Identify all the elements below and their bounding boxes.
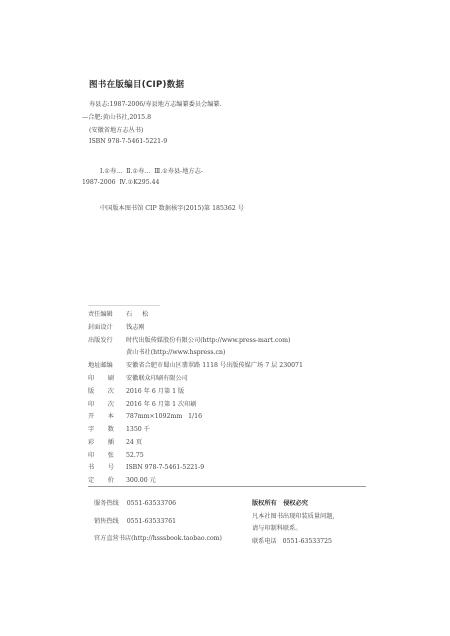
service-hotline: 服务热线0551-63533706 xyxy=(94,498,176,507)
copyright-heading: 版权所有 侵权必究 xyxy=(252,498,308,507)
cip-line: —合肥:黄山书社,2015.8 xyxy=(82,112,151,121)
credit-value: 52.75 xyxy=(126,452,144,459)
credit-value: 石 松 xyxy=(126,311,152,318)
sales-hotline: 销售热线0551-63533761 xyxy=(94,516,176,525)
credit-row: 责任编辑石 松 xyxy=(88,309,152,318)
credit-row: 版次2016 年 6 月第 1 版 xyxy=(88,386,184,395)
credit-label: 开本 xyxy=(88,411,114,420)
credit-value: 2016 年 6 月第 1 版 xyxy=(126,388,184,395)
copyright-line: 请与印制科联系。 xyxy=(252,523,302,532)
credit-label: 版次 xyxy=(88,386,114,395)
cip-line: 寿县志:1987-2006/寿县地方志编纂委员会编纂. xyxy=(89,99,222,108)
credit-value: 时代出版传媒股份有限公司(http://www.press-mart.com) xyxy=(126,337,290,344)
copyright-line: 凡本社图书出现印装质量问题, xyxy=(252,511,334,520)
credit-label: 责任编辑 xyxy=(88,309,126,318)
short-divider xyxy=(88,305,160,306)
service-hotline-value: 0551-63533706 xyxy=(127,500,176,507)
credit-row: 印次2016 年 6 月第 1 次印刷 xyxy=(88,399,197,408)
credit-row: 字数1350 千 xyxy=(88,424,150,433)
credit-label: 封面设计 xyxy=(88,322,126,331)
credit-value: 2016 年 6 月第 1 次印刷 xyxy=(126,401,197,408)
cip-line: (安徽省地方志丛书) xyxy=(89,125,143,134)
credit-label: 定价 xyxy=(88,475,114,484)
credit-value: 安徽联众印刷有限公司 xyxy=(126,375,188,382)
credit-row: 开本787mm×1092mm 1/16 xyxy=(88,411,202,420)
credit-row: 彩插24 页 xyxy=(88,437,142,446)
official-store: 官方直营书店(http://hsssbook.taobao.com) xyxy=(94,533,222,542)
cip-classification: 1987-2006 Ⅳ.①K295.44 xyxy=(82,179,160,186)
credit-label: 字数 xyxy=(88,424,114,433)
contact-phone: 联系电话 0551-63533725 xyxy=(252,536,332,545)
credit-label: 印次 xyxy=(88,399,114,408)
credit-label: 印张 xyxy=(88,450,114,459)
credit-value: 300.00 元 xyxy=(126,477,156,484)
credit-row: 印刷安徽联众印刷有限公司 xyxy=(88,373,188,382)
credit-value: 24 页 xyxy=(126,439,142,446)
credit-value: 787mm×1092mm 1/16 xyxy=(126,413,202,420)
credit-row: 书号ISBN 978-7-5461-5221-9 xyxy=(88,462,204,471)
credit-row: 出版发行时代出版传媒股份有限公司(http://www.press-mart.c… xyxy=(88,335,290,344)
credit-label: 出版发行 xyxy=(88,335,126,344)
credit-value: 钱志刚 xyxy=(126,324,145,331)
credit-value: 1350 千 xyxy=(126,426,150,433)
credit-value: 安徽省合肥市蜀山区翡翠路 1118 号出版传媒广场 7 层 230071 xyxy=(126,362,303,369)
footer-divider xyxy=(88,486,366,487)
sales-hotline-value: 0551-63533761 xyxy=(127,518,176,525)
cip-classification: Ⅰ.①寿… Ⅱ.①寿… Ⅲ.①寿县-地方志- xyxy=(100,166,203,175)
cip-title: 图书在版编目(CIP)数据 xyxy=(89,78,184,90)
sales-hotline-label: 销售热线 xyxy=(94,518,119,525)
service-hotline-label: 服务热线 xyxy=(94,500,119,507)
credit-value: 黄山书社(http://www.hspress.cn) xyxy=(126,349,225,356)
cip-number: 中国版本图书馆 CIP 数据核字(2015)第 185362 号 xyxy=(100,203,244,212)
credit-value: ISBN 978-7-5461-5221-9 xyxy=(126,464,204,471)
credit-label: 彩插 xyxy=(88,437,114,446)
credit-row: 地址邮编安徽省合肥市蜀山区翡翠路 1118 号出版传媒广场 7 层 230071 xyxy=(88,360,303,369)
credit-label: 地址邮编 xyxy=(88,360,126,369)
credit-row: 封面设计钱志刚 xyxy=(88,322,145,331)
credit-label: 书号 xyxy=(88,462,114,471)
credit-row: 定价300.00 元 xyxy=(88,475,156,484)
cip-line: ISBN 978-7-5461-5221-9 xyxy=(89,138,167,145)
credit-label: 印刷 xyxy=(88,373,114,382)
credit-row: 印张52.75 xyxy=(88,450,144,459)
credit-row: 黄山书社(http://www.hspress.cn) xyxy=(88,347,225,356)
